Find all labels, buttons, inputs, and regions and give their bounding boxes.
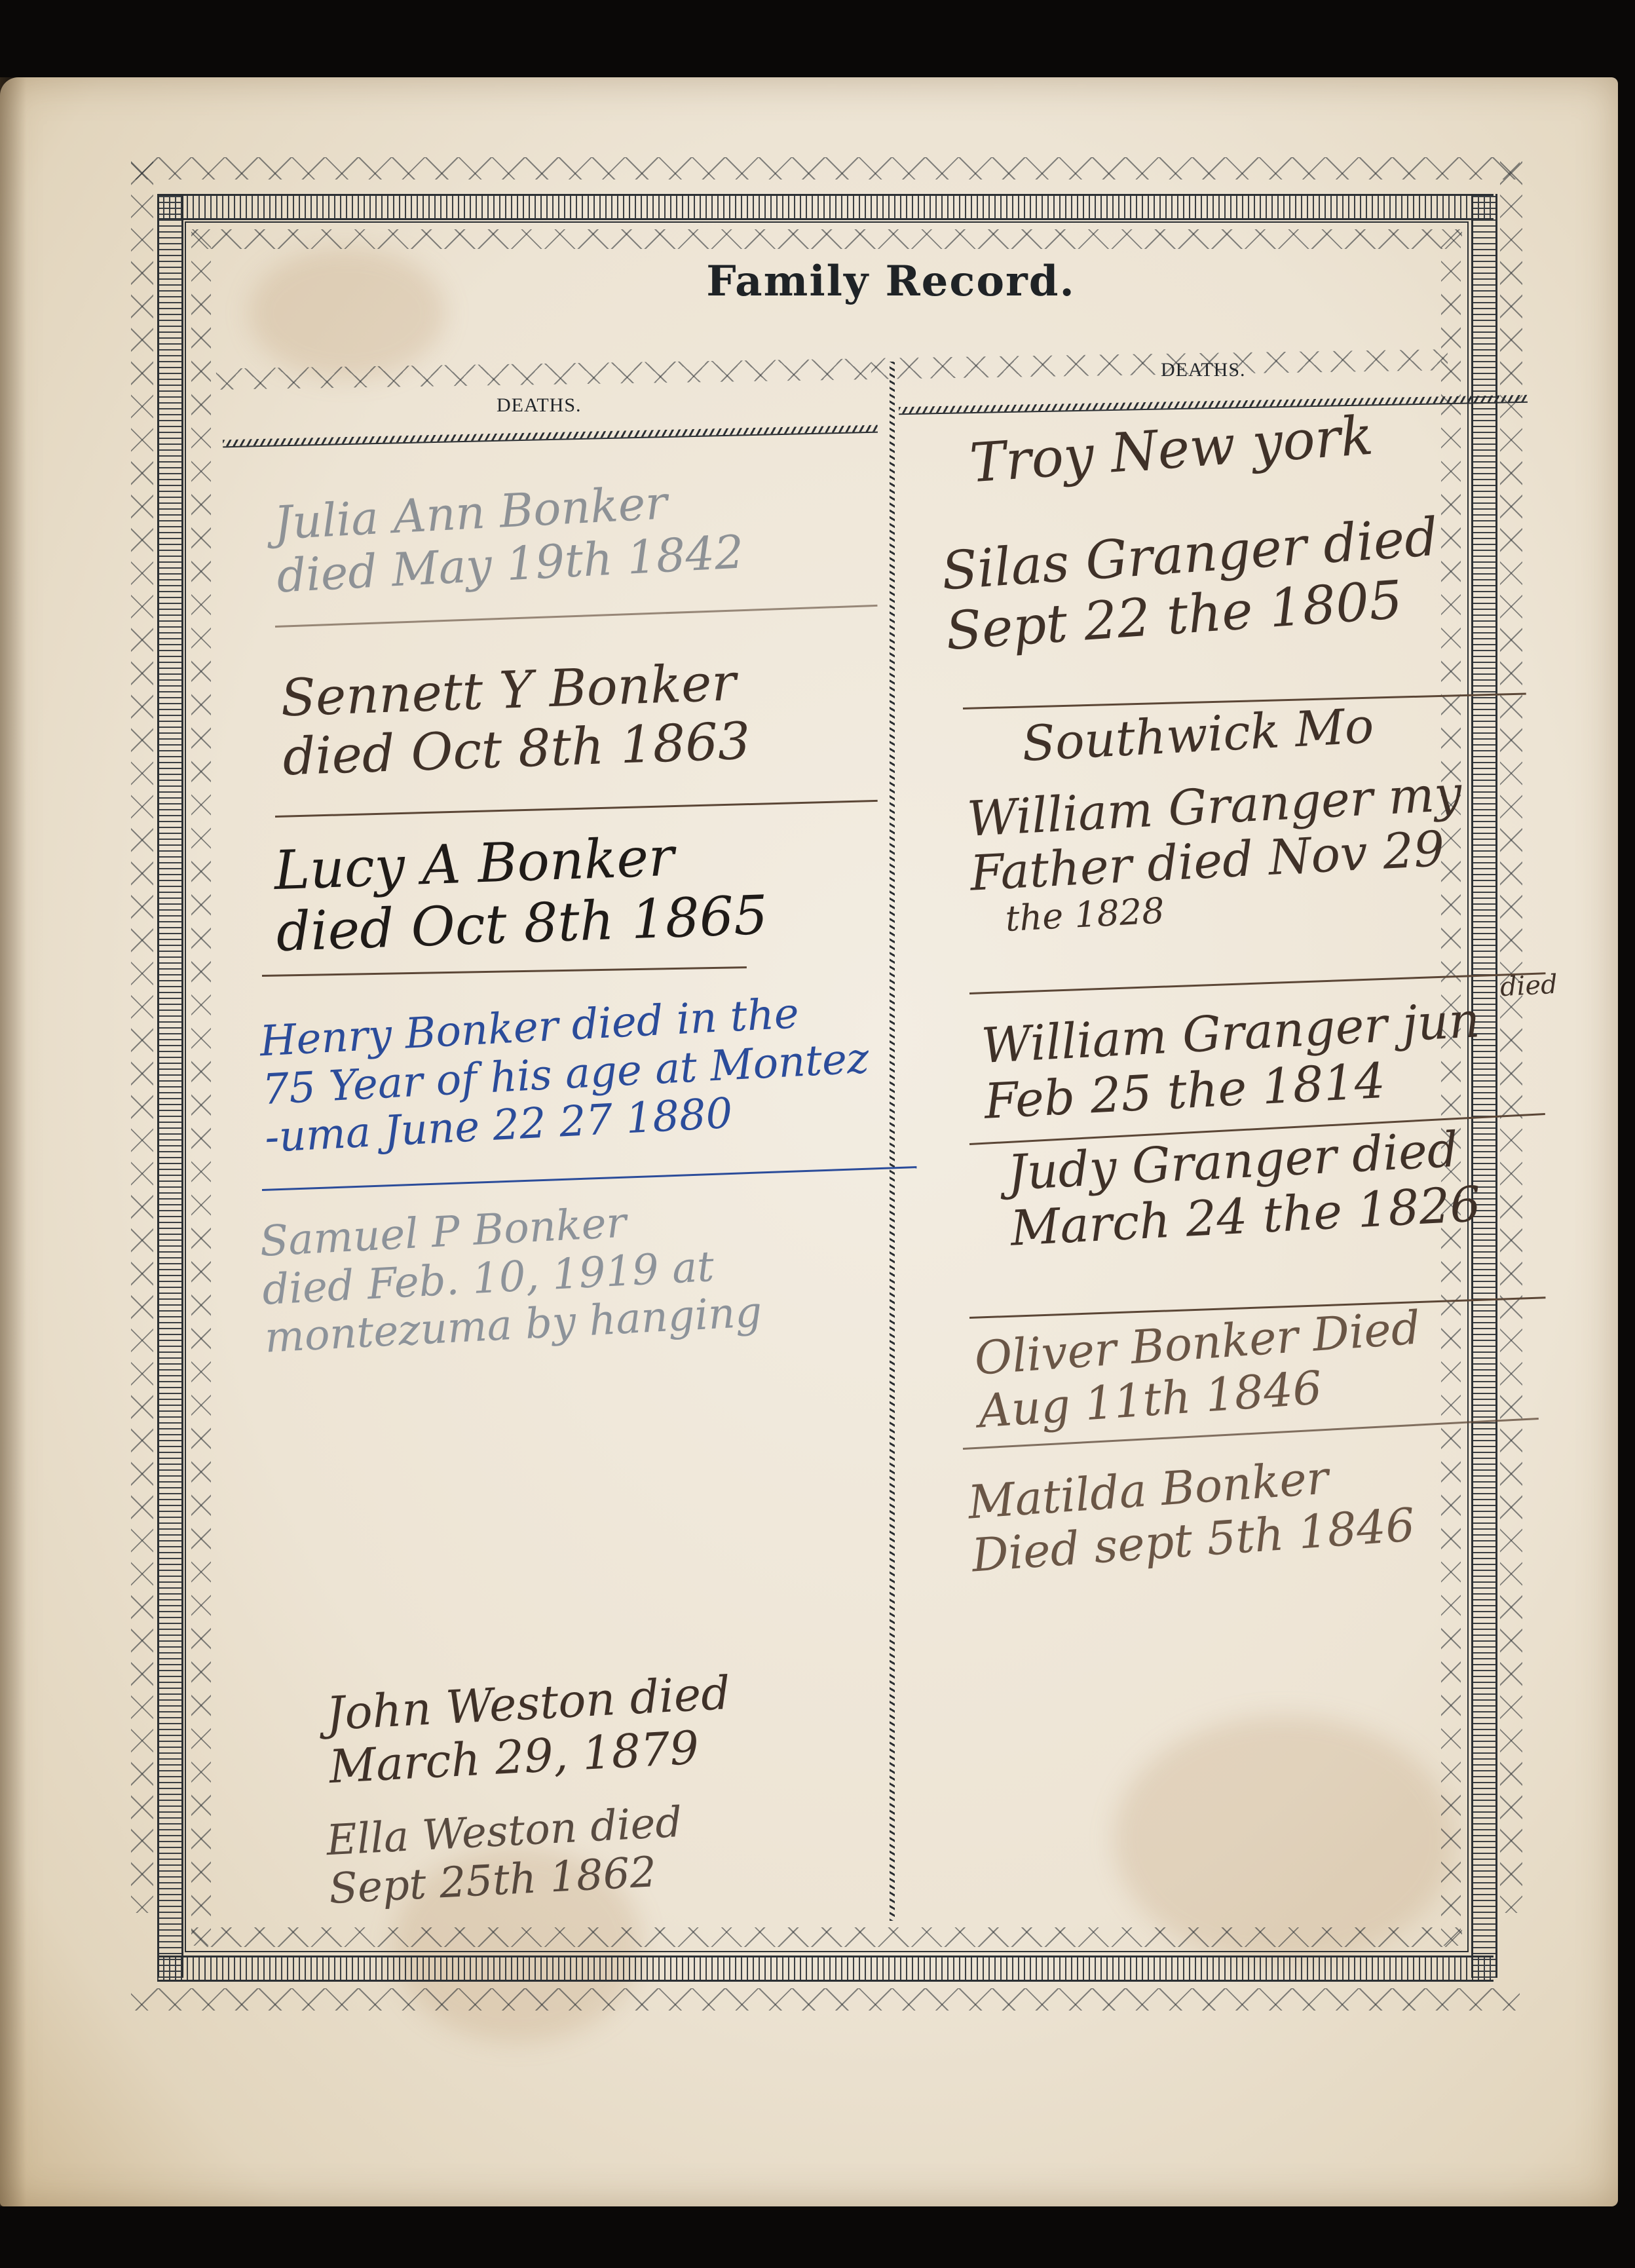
death-entry-samuel-bonker: Samuel P Bonker died Feb. 10, 1919 at mo… xyxy=(259,1192,763,1363)
death-entry-lucy-bonker: Lucy A Bonker died Oct 8th 1865 xyxy=(273,823,769,964)
column-header-left: DEATHS. xyxy=(497,394,582,417)
column-divider xyxy=(890,362,895,1921)
death-entry-william-granger-sr: William Granger my Father died Nov 29 th… xyxy=(966,766,1468,940)
death-entry-john-weston: John Weston died March 29, 1879 xyxy=(325,1667,734,1793)
column-header-right: DEATHS. xyxy=(1161,359,1246,381)
superscript-died: died xyxy=(1499,970,1558,1003)
death-entry-sennett-bonker: Sennett Y Bonker died Oct 8th 1863 xyxy=(280,654,751,787)
page-title: Family Record. xyxy=(629,257,1153,306)
death-entry-ella-weston: Ella Weston died Sept 25th 1862 xyxy=(326,1799,686,1914)
